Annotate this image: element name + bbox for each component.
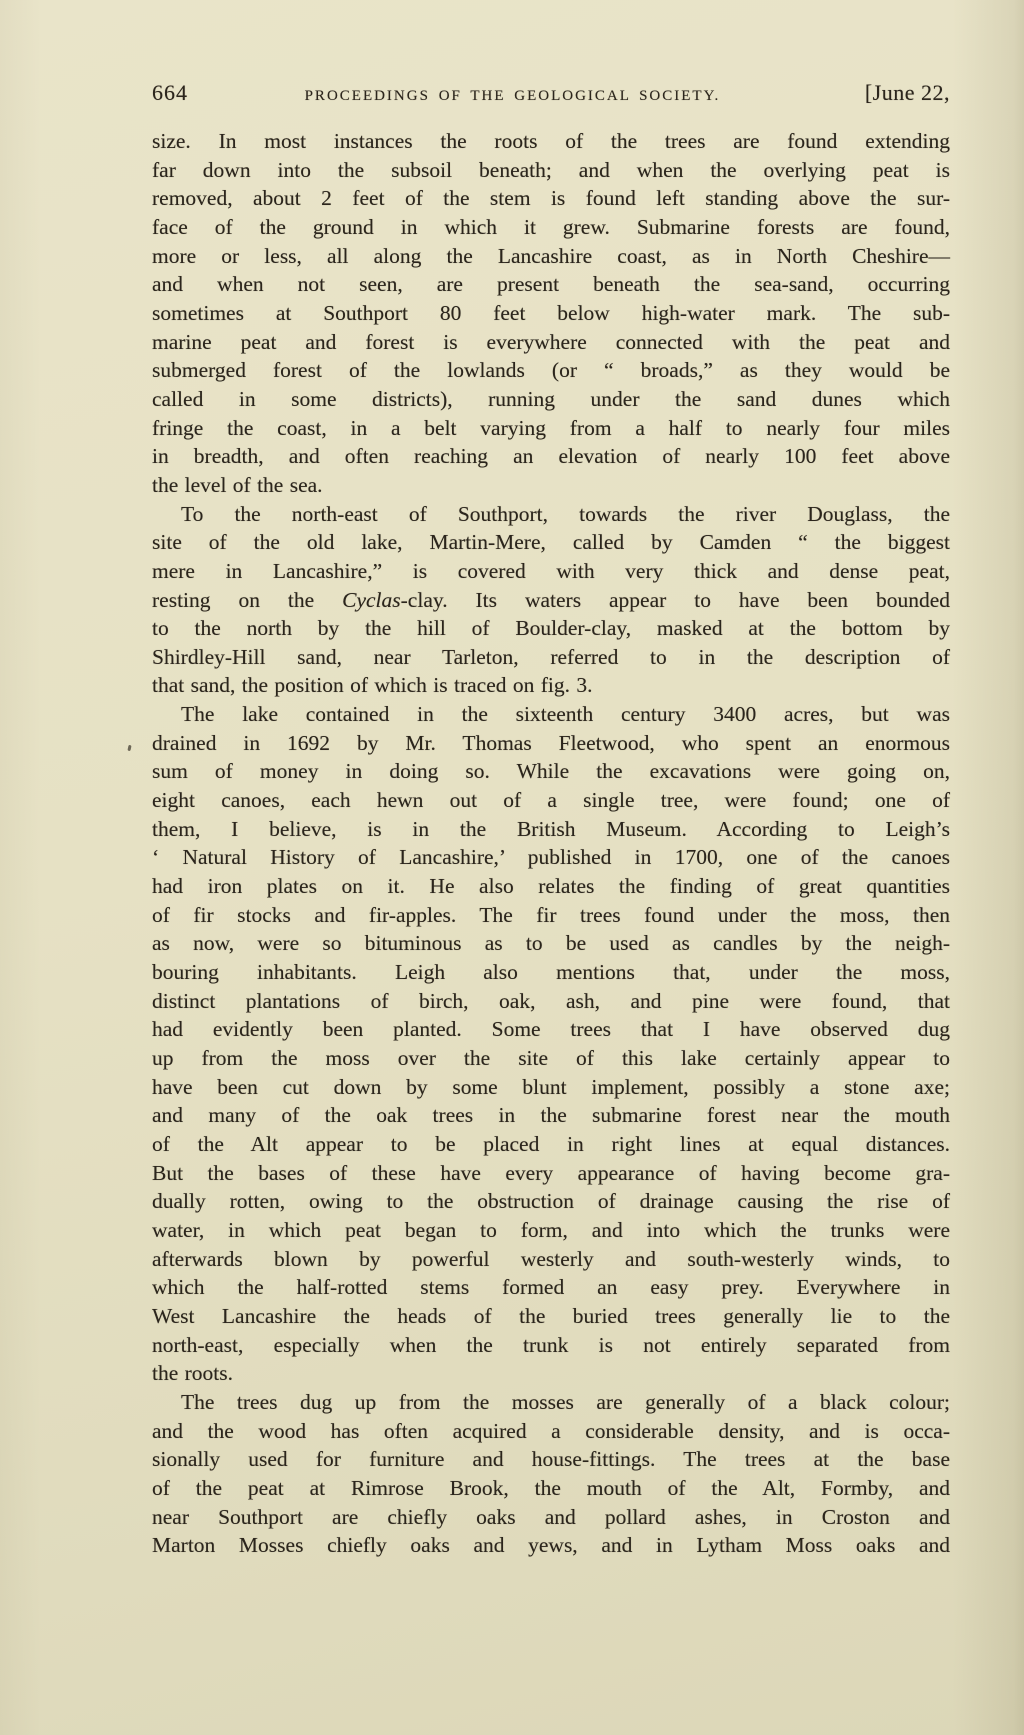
scanned-book-page: 664 PROCEEDINGS OF THE GEOLOGICAL SOCIET… <box>0 0 1024 1735</box>
text-line: them, I believe, is in the British Museu… <box>152 815 950 844</box>
text-line: ‘ Natural History of Lancashire,’ publis… <box>152 843 950 872</box>
text-line: that sand, the position of which is trac… <box>152 671 950 700</box>
text-line: as now, were so bituminous as to be used… <box>152 929 950 958</box>
text-line: to the north by the hill of Boulder-clay… <box>152 614 950 643</box>
header-date: [June 22, <box>865 80 950 106</box>
text-line: dually rotten, owing to the obstruction … <box>152 1187 950 1216</box>
text-line: called in some districts), running under… <box>152 385 950 414</box>
text-line: sum of money in doing so. While the exca… <box>152 757 950 786</box>
text-line: of the peat at Rimrose Brook, the mouth … <box>152 1474 950 1503</box>
text-line: bouring inhabitants. Leigh also mentions… <box>152 958 950 987</box>
text-line: marine peat and forest is everywhere con… <box>152 328 950 357</box>
paragraph: To the north-east of Southport, towards … <box>152 500 950 701</box>
text-line: sometimes at Southport 80 feet below hig… <box>152 299 950 328</box>
text-line: mere in Lancashire,” is covered with ver… <box>152 557 950 586</box>
text-line: Shirdley-Hill sand, near Tarleton, refer… <box>152 643 950 672</box>
text-line: resting on the Cyclas-clay. Its waters a… <box>152 586 950 615</box>
text-line: But the bases of these have every appear… <box>152 1159 950 1188</box>
text-line: of the Alt appear to be placed in right … <box>152 1130 950 1159</box>
text-line: The trees dug up from the mosses are gen… <box>152 1388 950 1417</box>
page-number: 664 <box>152 80 188 106</box>
scan-speck <box>127 745 131 751</box>
text-line: submerged forest of the lowlands (or “ b… <box>152 356 950 385</box>
text-line: near Southport are chiefly oaks and poll… <box>152 1503 950 1532</box>
text-line: and many of the oak trees in the submari… <box>152 1101 950 1130</box>
text-line: fringe the coast, in a belt varying from… <box>152 414 950 443</box>
text-line: removed, about 2 feet of the stem is fou… <box>152 184 950 213</box>
text-line: and the wood has often acquired a consid… <box>152 1417 950 1446</box>
text-line: had evidently been planted. Some trees t… <box>152 1015 950 1044</box>
running-title: PROCEEDINGS OF THE GEOLOGICAL SOCIETY. <box>305 88 721 105</box>
text-line: sionally used for furniture and house-fi… <box>152 1445 950 1474</box>
text-line: in breadth, and often reaching an elevat… <box>152 442 950 471</box>
text-line: far down into the subsoil beneath; and w… <box>152 156 950 185</box>
text-line: Marton Mosses chiefly oaks and yews, and… <box>152 1531 950 1560</box>
paragraph: The lake contained in the sixteenth cent… <box>152 700 950 1388</box>
text-line: drained in 1692 by Mr. Thomas Fleetwood,… <box>152 729 950 758</box>
text-line: north-east, especially when the trunk is… <box>152 1331 950 1360</box>
text-line: face of the ground in which it grew. Sub… <box>152 213 950 242</box>
text-line: water, in which peat began to form, and … <box>152 1216 950 1245</box>
paragraph: The trees dug up from the mosses are gen… <box>152 1388 950 1560</box>
text-line: and when not seen, are present beneath t… <box>152 270 950 299</box>
text-line: distinct plantations of birch, oak, ash,… <box>152 987 950 1016</box>
text-line: had iron plates on it. He also relates t… <box>152 872 950 901</box>
text-line: have been cut down by some blunt impleme… <box>152 1073 950 1102</box>
paragraph: size. In most instances the roots of the… <box>152 127 950 500</box>
text-line: more or less, all along the Lancashire c… <box>152 242 950 271</box>
text-line: which the half-rotted stems formed an ea… <box>152 1273 950 1302</box>
text-line: the roots. <box>152 1359 950 1388</box>
text-line: afterwards blown by powerful westerly an… <box>152 1245 950 1274</box>
text-line: site of the old lake, Martin-Mere, calle… <box>152 528 950 557</box>
text-line: West Lancashire the heads of the buried … <box>152 1302 950 1331</box>
text-line: of fir stocks and fir-apples. The fir tr… <box>152 901 950 930</box>
text-line: the level of the sea. <box>152 471 950 500</box>
text-line: eight canoes, each hewn out of a single … <box>152 786 950 815</box>
text-line: The lake contained in the sixteenth cent… <box>152 700 950 729</box>
page-body: size. In most instances the roots of the… <box>152 127 950 1560</box>
running-header: 664 PROCEEDINGS OF THE GEOLOGICAL SOCIET… <box>152 80 950 106</box>
text-line: To the north-east of Southport, towards … <box>152 500 950 529</box>
text-line: up from the moss over the site of this l… <box>152 1044 950 1073</box>
text-line: size. In most instances the roots of the… <box>152 127 950 156</box>
